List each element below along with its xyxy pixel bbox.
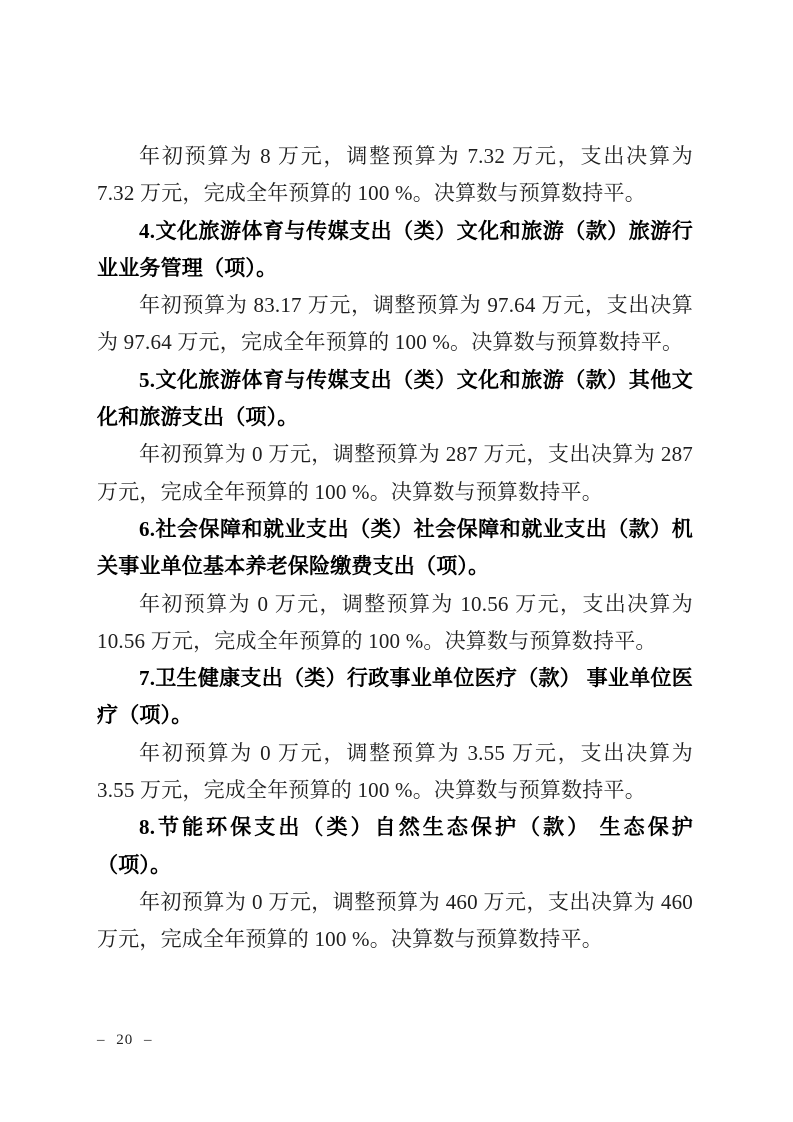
expense-item-3-detail: 年初预算为 8 万元，调整预算为 7.32 万元，支出决算为 7.32 万元，完… bbox=[97, 138, 693, 213]
expense-item-4-detail: 年初预算为 83.17 万元，调整预算为 97.64 万元，支出决算为 97.6… bbox=[97, 287, 693, 362]
expense-item-8-heading: 8.节能环保支出（类）自然生态保护（款） 生态保护（项）。 bbox=[97, 809, 693, 884]
document-body: 年初预算为 8 万元，调整预算为 7.32 万元，支出决算为 7.32 万元，完… bbox=[97, 138, 693, 959]
expense-item-7-heading: 7.卫生健康支出（类）行政事业单位医疗（款） 事业单位医疗（项）。 bbox=[97, 660, 693, 735]
expense-item-5-detail: 年初预算为 0 万元，调整预算为 287 万元，支出决算为 287 万元，完成全… bbox=[97, 436, 693, 511]
expense-item-5-heading: 5.文化旅游体育与传媒支出（类）文化和旅游（款）其他文化和旅游支出（项）。 bbox=[97, 362, 693, 437]
expense-item-7-detail: 年初预算为 0 万元，调整预算为 3.55 万元，支出决算为 3.55 万元，完… bbox=[97, 735, 693, 810]
document-page: 年初预算为 8 万元，调整预算为 7.32 万元，支出决算为 7.32 万元，完… bbox=[0, 0, 793, 1122]
page-number: – 20 – bbox=[97, 1030, 153, 1050]
expense-item-8-detail: 年初预算为 0 万元，调整预算为 460 万元，支出决算为 460 万元，完成全… bbox=[97, 884, 693, 959]
expense-item-6-detail: 年初预算为 0 万元，调整预算为 10.56 万元，支出决算为 10.56 万元… bbox=[97, 586, 693, 661]
expense-item-4-heading: 4.文化旅游体育与传媒支出（类）文化和旅游（款）旅游行业业务管理（项）。 bbox=[97, 213, 693, 288]
expense-item-6-heading: 6.社会保障和就业支出（类）社会保障和就业支出（款）机关事业单位基本养老保险缴费… bbox=[97, 511, 693, 586]
